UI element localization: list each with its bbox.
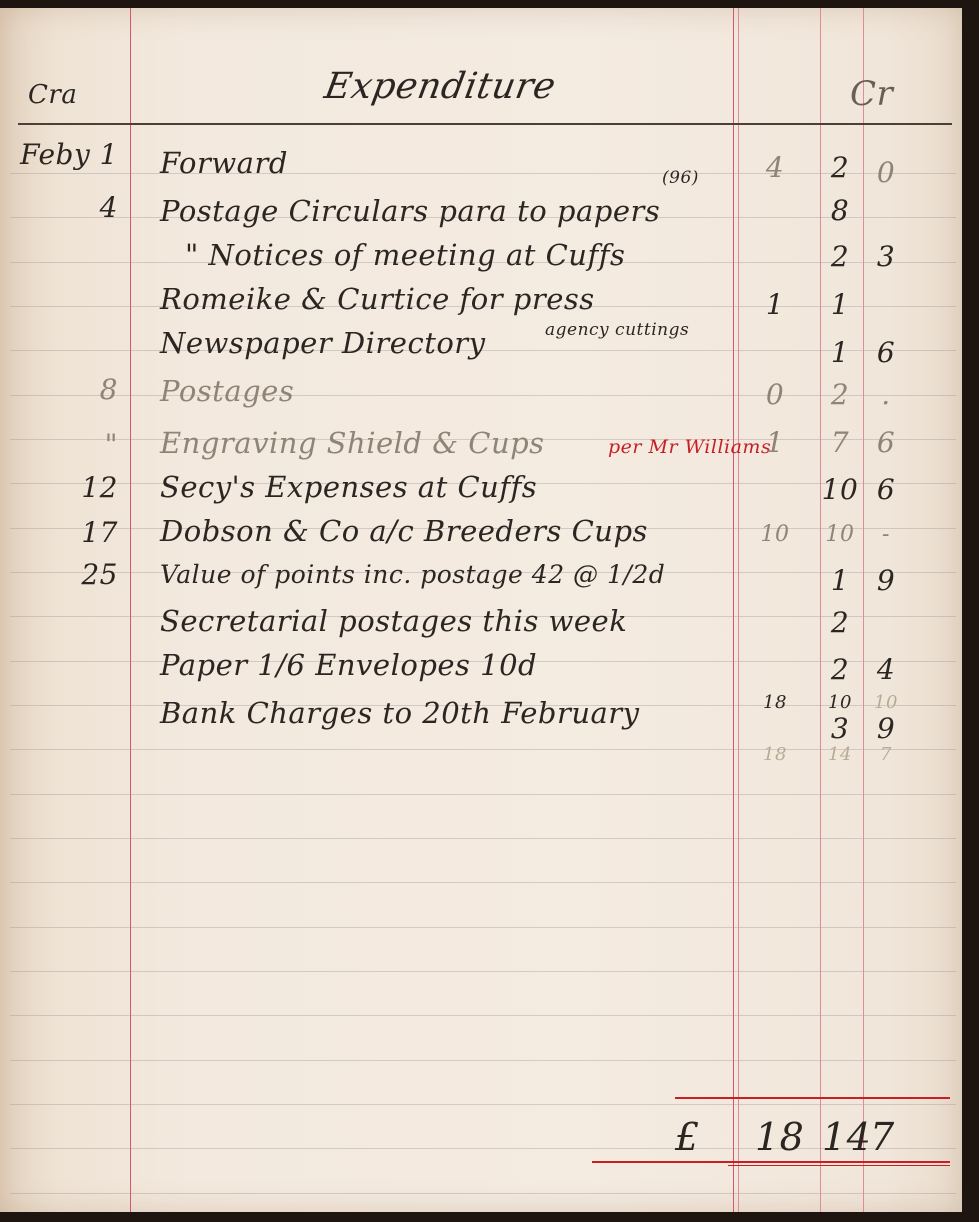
carried-pounds: 18 <box>755 1115 804 1159</box>
entry-shillings: 2 <box>820 240 860 273</box>
entry-date: 17 <box>0 516 118 549</box>
entry-pence: 6 <box>866 473 906 506</box>
entry-shillings: 8 <box>820 194 860 227</box>
entry-pounds: 10 <box>755 522 795 547</box>
money-column-line <box>733 8 734 1212</box>
total-line-bottom <box>592 1161 950 1163</box>
ruled-line <box>10 1060 956 1061</box>
entry-description: Engraving Shield & Cups <box>160 426 545 460</box>
entry-pence: 6 <box>866 426 906 459</box>
entry-date: Feby 1 <box>0 138 118 171</box>
entry-shillings: 1 <box>820 288 860 321</box>
entry-pounds: 1 <box>755 426 795 459</box>
entry-shillings: 2 <box>820 378 860 411</box>
entry-shillings: 3 <box>820 712 860 745</box>
ledger-page: Cra Expenditure Cr Feby 1 Forward 4 2 0 … <box>0 8 962 1212</box>
entry-shillings: 1 <box>820 564 860 597</box>
pence-column-line <box>863 8 864 1212</box>
ruled-line <box>10 927 956 928</box>
entry-shillings: 10 <box>820 473 860 506</box>
ruled-line <box>10 1148 956 1149</box>
subtotal-pounds: 18 <box>755 692 795 713</box>
entry-pence: 3 <box>866 240 906 273</box>
carried-label: £ <box>675 1115 700 1159</box>
ruled-line <box>10 794 956 795</box>
entry-date: 4 <box>0 191 118 224</box>
entry-description: Postage Circulars para to papers <box>160 194 660 228</box>
entry-description: Secretarial postages this week <box>160 604 627 638</box>
page-title: Expenditure <box>321 66 559 107</box>
ruled-line <box>10 395 956 396</box>
entry-description: Dobson & Co a/c Breeders Cups <box>160 514 648 548</box>
entry-description: Secy's Expenses at Cuffs <box>160 470 537 504</box>
entry-description: Romeike & Curtice for press <box>160 282 595 316</box>
ruled-line <box>10 882 956 883</box>
entry-shillings: 1 <box>820 336 860 369</box>
ruled-line <box>10 749 956 750</box>
red-annotation: per Mr Williams <box>608 436 771 458</box>
total-line-top <box>675 1097 950 1099</box>
pencil-total-pounds: 18 <box>755 744 795 765</box>
entry-pence: - <box>866 522 906 547</box>
header-rule <box>18 123 952 125</box>
entry-pence: 9 <box>866 712 906 745</box>
entry-description: Newspaper Directory <box>160 326 486 360</box>
entry-pounds: 1 <box>755 288 795 321</box>
entry-shillings: 10 <box>820 522 860 547</box>
entry-description: Bank Charges to 20th February <box>160 696 640 730</box>
margin-line <box>130 8 131 1212</box>
ruled-line <box>10 173 956 174</box>
carried-pence: 7 <box>870 1115 895 1159</box>
entry-description: Forward <box>160 146 288 180</box>
entry-pence: . <box>866 378 906 411</box>
money-column-line <box>738 8 739 1212</box>
entry-shillings: 2 <box>820 606 860 639</box>
entry-note: (96) <box>662 168 699 188</box>
entry-date: 12 <box>0 471 118 504</box>
pencil-total-pence: 7 <box>866 744 906 765</box>
entry-date: " <box>0 428 118 461</box>
subtotal-pence: 10 <box>866 692 906 713</box>
ruled-line <box>10 1104 956 1105</box>
header-right: Cr <box>850 74 893 114</box>
ruled-line <box>10 1015 956 1016</box>
entry-pence: 0 <box>866 156 906 189</box>
entry-pence: 4 <box>866 653 906 686</box>
ruled-line <box>10 838 956 839</box>
subtotal-shillings: 10 <box>820 692 860 713</box>
entry-pounds: 0 <box>755 378 795 411</box>
entry-date: 25 <box>0 558 118 591</box>
entry-shillings: 2 <box>820 151 860 184</box>
entry-description: Postages <box>160 374 294 408</box>
entry-description: Paper 1/6 Envelopes 10d <box>160 648 537 682</box>
entry-description: " Notices of meeting at Cuffs <box>185 238 625 272</box>
entry-shillings: 7 <box>820 426 860 459</box>
header-left: Cra <box>28 80 77 110</box>
entry-description: Value of points inc. postage 42 @ 1/2d <box>160 560 665 589</box>
pencil-total-shillings: 14 <box>820 744 860 765</box>
entry-pence: 6 <box>866 336 906 369</box>
entry-pence: 9 <box>866 564 906 597</box>
total-line-double <box>728 1165 950 1166</box>
entry-shillings: 2 <box>820 653 860 686</box>
carried-shillings: 14 <box>822 1115 871 1159</box>
entry-note: agency cuttings <box>545 320 689 340</box>
ruled-line <box>10 971 956 972</box>
entry-pounds: 4 <box>755 151 795 184</box>
entry-date: 8 <box>0 373 118 406</box>
ruled-line <box>10 1193 956 1194</box>
